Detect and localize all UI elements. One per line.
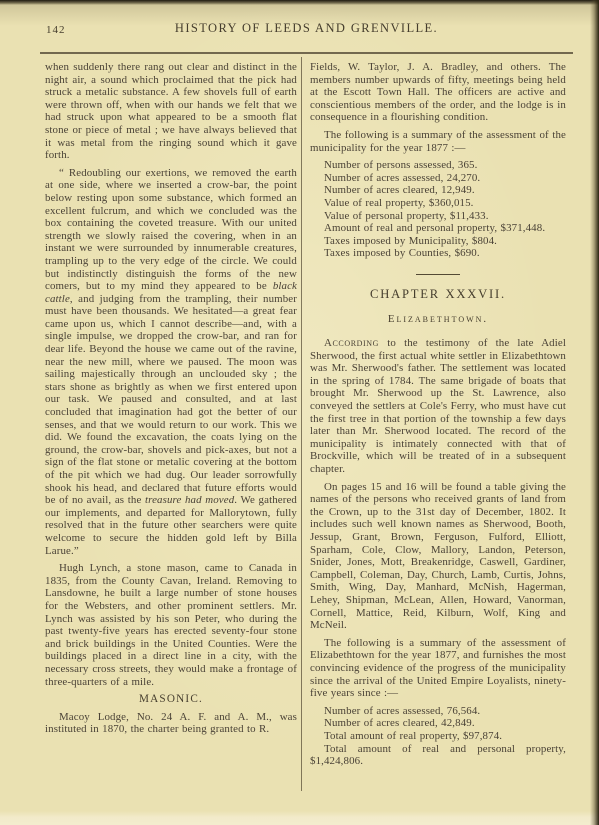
- page-title: HISTORY OF LEEDS AND GRENVILLE.: [40, 21, 573, 36]
- paragraph: The following is a summary of the assess…: [310, 129, 566, 154]
- column-divider: [301, 57, 302, 791]
- assessment-item: Number of acres cleared, 42,849.: [310, 717, 566, 730]
- text-segment: The following is a summary of the assess…: [310, 637, 566, 699]
- paragraph: when suddenly there rang out clear and d…: [45, 61, 297, 162]
- assessment-item: Number of acres assessed, 24,270.: [310, 172, 566, 185]
- assessment-item: Number of persons assessed, 365.: [310, 159, 566, 172]
- text-segment: when suddenly there rang out clear and d…: [45, 61, 297, 161]
- text-segment: , and judging from the trampling, their …: [45, 293, 297, 507]
- paragraph: Hugh Lynch, a stone mason, came to Canad…: [45, 562, 297, 688]
- scan-edge-top: [0, 0, 599, 5]
- scan-edge-right: [590, 0, 599, 825]
- header-rule: [40, 52, 573, 54]
- assessment-item: Total amount of real property, $97,874.: [310, 730, 566, 743]
- text-segment: “ Redoubling our exertions, we removed t…: [45, 167, 297, 292]
- paragraph: The following is a summary of the assess…: [310, 637, 566, 700]
- assessment-item: Amount of real and personal property, $3…: [310, 222, 566, 235]
- text-segment: Hugh Lynch, a stone mason, came to Canad…: [45, 562, 297, 687]
- text-segment: Macoy Lodge, No. 24 A. F. and A. M., was…: [45, 711, 297, 736]
- section-heading: MASONIC.: [45, 693, 297, 706]
- text-segment: Fields, W. Taylor, J. A. Bradley, and ot…: [310, 61, 566, 123]
- assessment-item: Value of real property, $360,015.: [310, 197, 566, 210]
- page-header: 142 HISTORY OF LEEDS AND GRENVILLE.: [40, 21, 573, 41]
- assessment-item: Number of acres assessed, 76,564.: [310, 705, 566, 718]
- text-segment: On pages 15 and 16 will be found a table…: [310, 481, 566, 632]
- text-segment: According: [324, 337, 379, 349]
- assessment-item: Number of acres cleared, 12,949.: [310, 184, 566, 197]
- paragraph: According to the testimony of the late A…: [310, 337, 566, 476]
- left-column: when suddenly there rang out clear and d…: [45, 61, 297, 741]
- assessment-item: Taxes imposed by Counties, $690.: [310, 247, 566, 260]
- paragraph: Fields, W. Taylor, J. A. Bradley, and ot…: [310, 61, 566, 124]
- chapter-heading: CHAPTER XXXVII.: [310, 288, 566, 301]
- paragraph: “ Redoubling our exertions, we removed t…: [45, 167, 297, 557]
- text-segment: treasure had moved: [145, 494, 234, 506]
- right-column: Fields, W. Taylor, J. A. Bradley, and ot…: [310, 61, 566, 773]
- scan-edge-bottom: [0, 811, 599, 825]
- assessment-list: Number of acres assessed, 76,564.Number …: [310, 705, 566, 768]
- assessment-list: Number of persons assessed, 365.Number o…: [310, 159, 566, 260]
- assessment-item: Taxes imposed by Municipality, $804.: [310, 235, 566, 248]
- page-number: 142: [46, 24, 66, 36]
- chapter-subheading: Elizabethtown.: [310, 313, 566, 326]
- assessment-item: Total amount of real and personal proper…: [310, 743, 566, 768]
- text-segment: to the testimony of the late Adiel Sherw…: [310, 337, 566, 475]
- paragraph: Macoy Lodge, No. 24 A. F. and A. M., was…: [45, 711, 297, 736]
- text-segment: The following is a summary of the assess…: [310, 129, 566, 154]
- paragraph: On pages 15 and 16 will be found a table…: [310, 481, 566, 632]
- assessment-item: Value of personal property, $11,433.: [310, 210, 566, 223]
- section-divider: [416, 274, 460, 275]
